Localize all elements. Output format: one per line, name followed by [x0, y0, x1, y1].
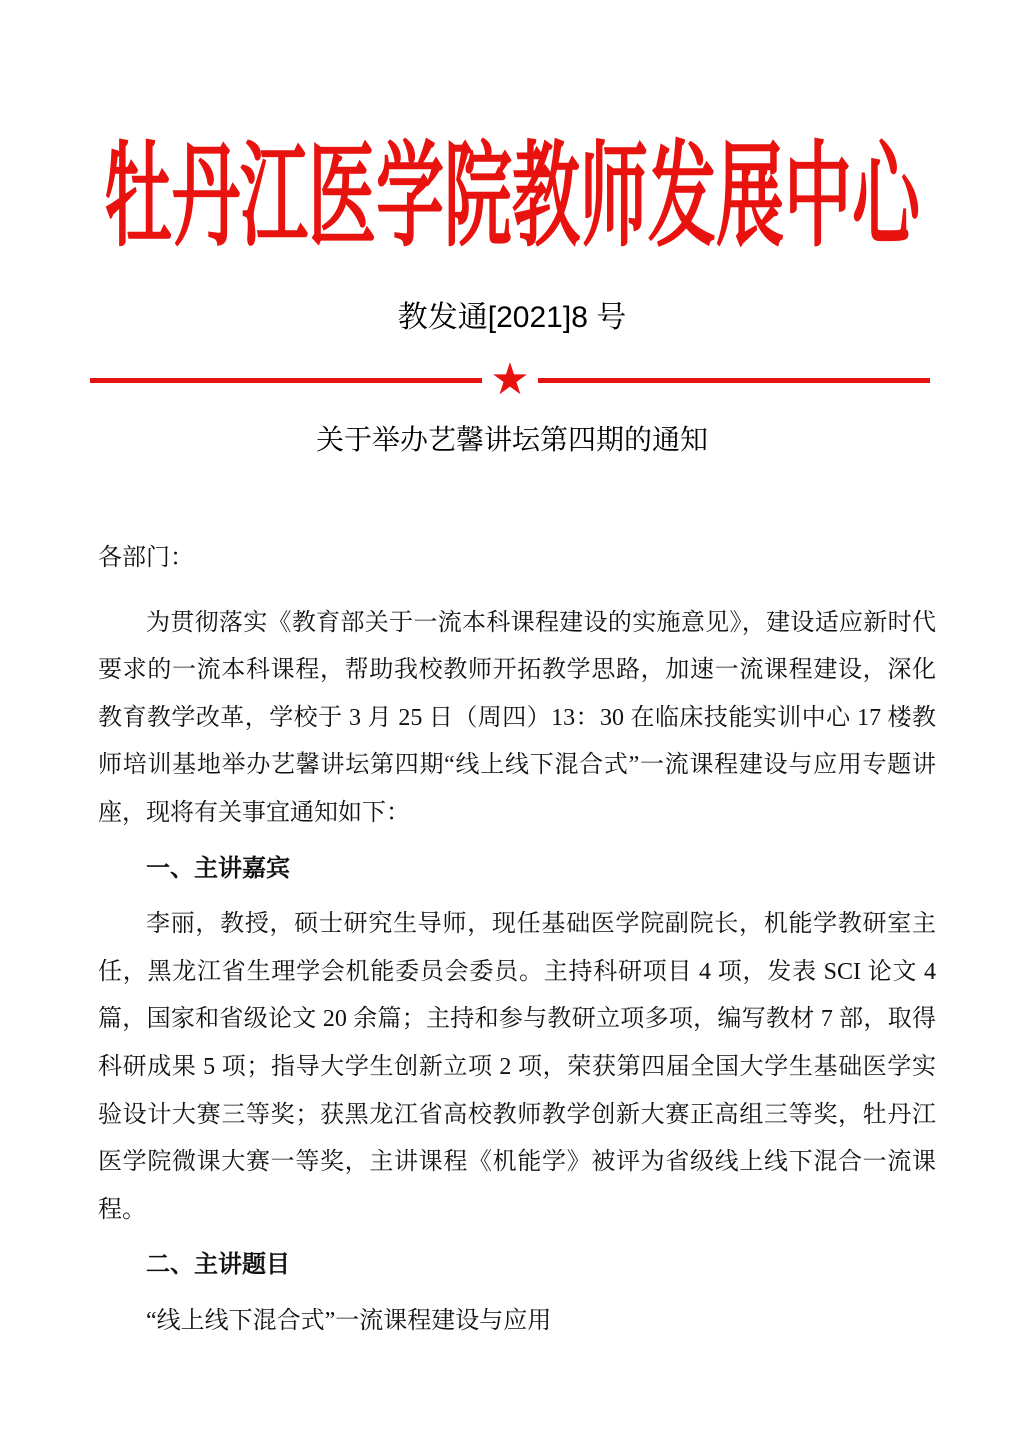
divider-line-right [538, 378, 930, 383]
section-2-text: “线上线下混合式”一流课程建设与应用 [98, 1298, 936, 1346]
red-divider: ★ [90, 358, 930, 402]
masthead: 牡丹江医学院教师发展中心 [0, 139, 1024, 255]
section-1-text: 李丽，教授，硕士研究生导师，现任基础医学院副院长，机能学教研室主任，黑龙江省生理… [98, 901, 936, 1234]
section-2-heading: 二、主讲题目 [98, 1242, 936, 1290]
salutation: 各部门： [98, 535, 936, 583]
notice-body: 各部门： 为贯彻落实《教育部关于一流本科课程建设的实施意见》，建设适应新时代要求… [98, 535, 936, 1346]
doc-number: 教发通[2021]8 号 [0, 303, 1024, 333]
org-title: 牡丹江医学院教师发展中心 [104, 140, 920, 254]
intro-paragraph: 为贯彻落实《教育部关于一流本科课程建设的实施意见》，建设适应新时代要求的一流本科… [98, 600, 936, 838]
divider-line-left [90, 378, 482, 383]
document-page: 牡丹江医学院教师发展中心 教发通[2021]8 号 ★ 关于举办艺馨讲坛第四期的… [0, 0, 1024, 1448]
star-icon: ★ [490, 358, 529, 402]
notice-title: 关于举办艺馨讲坛第四期的通知 [0, 424, 1024, 458]
section-1-heading: 一、主讲嘉宾 [98, 846, 936, 894]
